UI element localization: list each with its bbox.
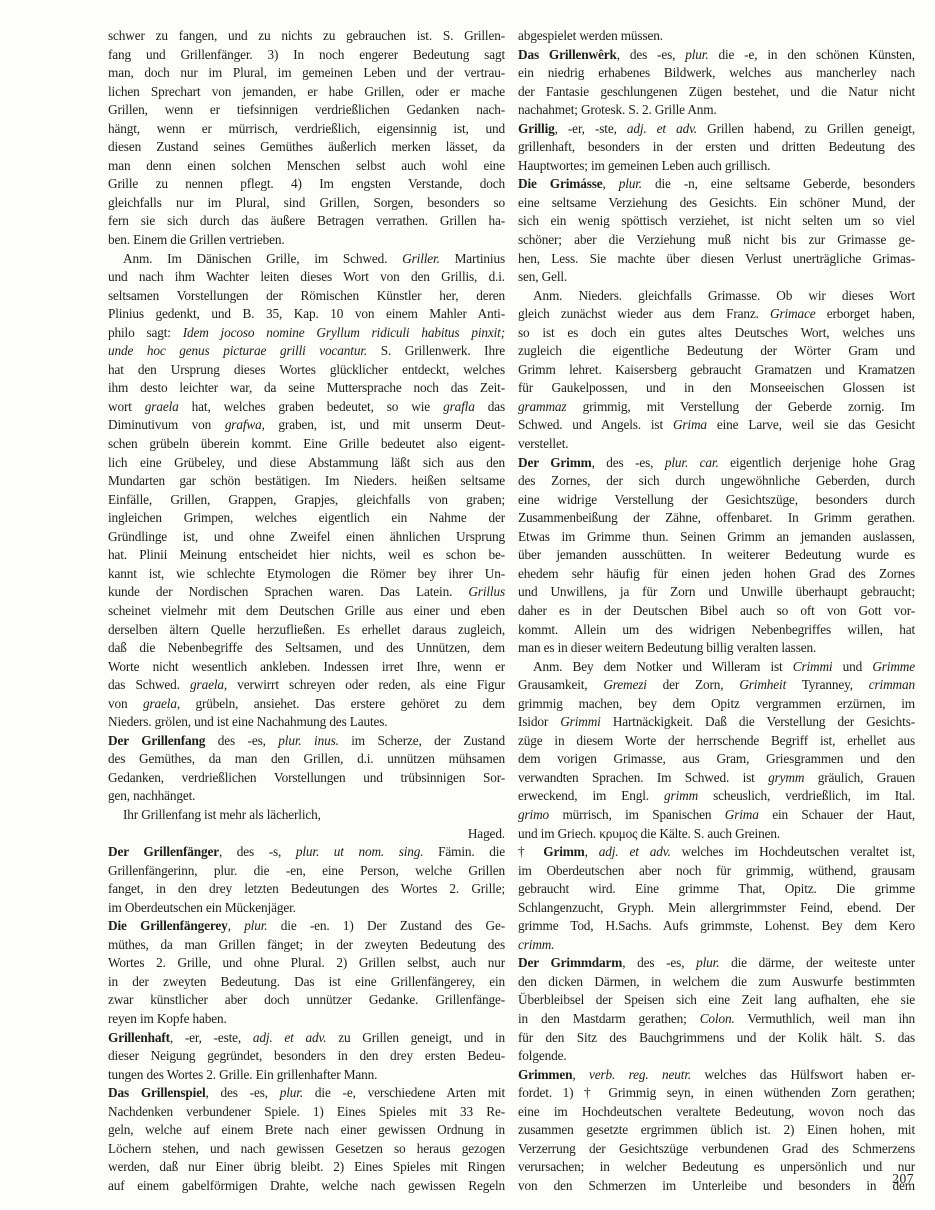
text-run: Hauptwortes; im gemeinen Leben auch gril… bbox=[518, 158, 770, 173]
text-run: eine im Hochdeutschen veraltete Bedeutun… bbox=[518, 1104, 915, 1119]
text-line: Das Grillenspiel, des -es, plur. die -e,… bbox=[108, 1084, 505, 1103]
text-line: zusammen gesetzte ergrimmen üblich ist. … bbox=[518, 1121, 915, 1140]
text-run: Gremezi bbox=[603, 677, 647, 692]
text-run: Schlangenzucht, Gryph. Mein allergrimmst… bbox=[518, 900, 915, 915]
text-run: und nach ihm Wachter leiten dieses Wort … bbox=[108, 269, 505, 284]
text-run: graela bbox=[145, 399, 179, 414]
text-run: den dicken Därmen, in welchem die zum Au… bbox=[518, 974, 915, 989]
text-run: grammaz bbox=[518, 399, 566, 414]
text-run: für den Sitz des Bauchgrimmens und der K… bbox=[518, 1030, 915, 1045]
text-run: die -n, eine seltsame Geberde, besonders bbox=[642, 176, 915, 191]
text-run: Martinius bbox=[440, 251, 505, 266]
text-line: ingleichen Grimpen, welches eigentlich e… bbox=[108, 509, 505, 528]
text-run: , des -es, bbox=[206, 1085, 280, 1100]
text-run: Grausamkeit, bbox=[518, 677, 603, 692]
text-line: ehedem sehr häufig für einen jeden hohen… bbox=[518, 565, 915, 584]
text-line: daß die Nebenbegriffe des Seltsamen, und… bbox=[108, 639, 505, 658]
text-line: Grille zu nennen pflegt. 4) Im engsten V… bbox=[108, 175, 505, 194]
text-line: Schwed. und Angels. ist Grima eine Larve… bbox=[518, 416, 915, 435]
text-run: Grimme bbox=[872, 659, 915, 674]
text-line: Worte nicht wesentlich ankleben. Indesse… bbox=[108, 658, 505, 677]
text-run: abgespielet werden müssen. bbox=[518, 28, 663, 43]
dictionary-page: schwer zu fangen, und zu nichts zu gebra… bbox=[0, 0, 935, 1210]
text-line: abgespielet werden müssen. bbox=[518, 27, 915, 46]
text-line: Zusammenbeißung der Zähne, offenbaret. I… bbox=[518, 509, 915, 528]
text-run: derselben ältern Quelle herzufließen. Es… bbox=[108, 622, 505, 637]
text-run: , bbox=[585, 844, 599, 859]
text-run: grymm bbox=[768, 770, 804, 785]
text-run: eine widrige Verstellung der Gesichtszüg… bbox=[518, 492, 915, 507]
text-run: Grillenfängerinn, plur. die -en, eine Pe… bbox=[108, 863, 505, 878]
text-run: gleichfalls nur im Plural, sind Grillen,… bbox=[108, 195, 505, 210]
text-run: grimmig machen, bey dem Opitz vergrammen… bbox=[518, 696, 915, 711]
text-run: man es in dieser weitern Bedeutung billi… bbox=[518, 640, 816, 655]
text-run: grillenhaft, besonders in der ersten und… bbox=[518, 139, 915, 154]
text-line: Grillenhaft, -er, -este, adj. et adv. zu… bbox=[108, 1029, 505, 1048]
text-run: Fämin. die bbox=[423, 844, 505, 859]
text-line: hat den Ursprung dieses Wortes glücklich… bbox=[108, 361, 505, 380]
text-run: die -e, verschiedene Arten mit bbox=[303, 1085, 505, 1100]
text-line: Etwas im Grimme thun. Seinen Grimm an je… bbox=[518, 528, 915, 547]
text-line: grimme Tod, H.Sachs. Aufs grimmste, Lohe… bbox=[518, 917, 915, 936]
text-run: Isidor bbox=[518, 714, 560, 729]
text-run: kunde der Nordischen Sprachen waren. Das… bbox=[108, 584, 468, 599]
text-line: Löchern stehen, und nach gewissen Gesetz… bbox=[108, 1140, 505, 1159]
text-run: geln, welche auf einem Brete nach einer … bbox=[108, 1122, 505, 1137]
text-run: graela, bbox=[190, 677, 227, 692]
text-run: verstellet. bbox=[518, 436, 568, 451]
text-line: fanget, in den drey letzten Bedeutungen … bbox=[108, 880, 505, 899]
text-line: folgende. bbox=[518, 1047, 915, 1066]
text-line: lichen Sprechart von jemanden, er habe G… bbox=[108, 83, 505, 102]
text-run: Grima bbox=[725, 807, 759, 822]
text-line: schen grübeln überein kommt. Eine Grille… bbox=[108, 435, 505, 454]
text-line: erweckend, im Engl. grimm scheuslich, ve… bbox=[518, 787, 915, 806]
text-run: † bbox=[518, 844, 543, 859]
text-line: für den Sitz des Bauchgrimmens und der K… bbox=[518, 1029, 915, 1048]
text-run: adj. et adv. bbox=[599, 844, 671, 859]
text-line: tungen des Wortes 2. Grille. Ein grillen… bbox=[108, 1066, 505, 1085]
text-line: Schlangenzucht, Gryph. Mein allergrimmst… bbox=[518, 899, 915, 918]
text-line: Der Grimm, des -es, plur. car. eigentlic… bbox=[518, 454, 915, 473]
text-line: reyen im Kopfe haben. bbox=[108, 1010, 505, 1029]
text-run: das Schwed. bbox=[108, 677, 190, 692]
text-line: sich ein wenig spöttisch verziehet, ist … bbox=[518, 212, 915, 231]
text-line: Mundarten gar schön bestätigen. Im Niede… bbox=[108, 472, 505, 491]
text-run: Worte nicht wesentlich ankleben. Indesse… bbox=[108, 659, 505, 674]
text-run: der Fantasie geschlungenen Zügen bestehe… bbox=[518, 84, 915, 99]
text-line: lich eine Grübeley, und diese Abstammung… bbox=[108, 454, 505, 473]
text-run: tungen des Wortes 2. Grille. Ein grillen… bbox=[108, 1067, 377, 1082]
text-line: fang und Grillenfänger. 3) In noch enger… bbox=[108, 46, 505, 65]
text-run: hat, welches graben bedeutet, so wie bbox=[179, 399, 443, 414]
text-run: wort bbox=[108, 399, 145, 414]
text-run: scheuslich, verdrießlich, im Ital. bbox=[698, 788, 915, 803]
text-run: folgende. bbox=[518, 1048, 567, 1063]
text-run: eine seltsame Verziehung des Gesichts. E… bbox=[518, 195, 915, 210]
text-line: hängt, wenn er mürrisch, verdrießlich, e… bbox=[108, 120, 505, 139]
text-run: daher es in der Deutschen Bibel auch so … bbox=[518, 603, 915, 618]
text-run: , des -es, bbox=[592, 455, 665, 470]
text-run: verb. reg. neutr. bbox=[589, 1067, 691, 1082]
text-run: Haged. bbox=[468, 826, 505, 841]
text-run: fang und Grillenfänger. 3) In noch enger… bbox=[108, 47, 505, 62]
text-run: hat den Ursprung dieses Wortes glücklich… bbox=[108, 362, 505, 377]
text-run: erweckend, im Engl. bbox=[518, 788, 664, 803]
text-run: gebraucht wird. Eine grimme That, Opitz.… bbox=[518, 881, 915, 896]
text-run: Überbleibsel der Speisen sich eine Zeit … bbox=[518, 992, 915, 1007]
text-run: kannt ist, wie schlechte Etymologen die … bbox=[108, 566, 505, 581]
text-run: , -er, -este, bbox=[170, 1030, 253, 1045]
text-run: hängt, wenn er mürrisch, verdrießlich, e… bbox=[108, 121, 505, 136]
text-run: , bbox=[228, 918, 245, 933]
text-run: welches das Hülfswort haben er- bbox=[691, 1067, 915, 1082]
text-run: Idem jocoso nomine Gryllum ridiculi habi… bbox=[183, 325, 505, 340]
text-line: † Grimm, adj. et adv. welches im Hochdeu… bbox=[518, 843, 915, 862]
text-run: dem vorigen Grimasse, aus Gram, Griesgra… bbox=[518, 751, 915, 766]
text-line: über jemanden ausschütten. In weiterer B… bbox=[518, 546, 915, 565]
text-line: kunde der Nordischen Sprachen waren. Das… bbox=[108, 583, 505, 602]
text-run: dieser Neigung gegründet, besonders in d… bbox=[108, 1048, 505, 1063]
text-line: Wortes 2. Grille, und ohne Plural. 2) Gr… bbox=[108, 954, 505, 973]
text-run: plur. bbox=[696, 955, 719, 970]
text-run: , des -es, bbox=[622, 955, 696, 970]
text-line: den dicken Därmen, in welchem die zum Au… bbox=[518, 973, 915, 992]
text-line: ben. Einem die Grillen vertrieben. bbox=[108, 231, 505, 250]
text-run: von den Schmerzen im Unterleibe und beso… bbox=[518, 1178, 915, 1193]
text-run: grimmig, mit Verstellung der Geberde zor… bbox=[566, 399, 915, 414]
text-run: graela, bbox=[143, 696, 180, 711]
text-line: Grimm lehret. Kaisersberg gebraucht Gram… bbox=[518, 361, 915, 380]
text-line: sen, Gell. bbox=[518, 268, 915, 287]
text-run: gräulich, Grauen bbox=[804, 770, 915, 785]
text-line: philo sagt: Idem jocoso nomine Gryllum r… bbox=[108, 324, 505, 343]
text-run: Etwas im Grimme thun. Seinen Grimm an je… bbox=[518, 529, 915, 544]
text-run: , des -s, bbox=[219, 844, 296, 859]
text-line: Diminutivum von grafwa, graben, ist, und… bbox=[108, 416, 505, 435]
text-run: Nieders. grölen, und ist eine Nachahmung… bbox=[108, 714, 387, 729]
text-run: Anm. Nieders. gleichfalls Grimasse. Ob w… bbox=[533, 288, 915, 303]
text-line: Die Grillenfängerey, plur. die -en. 1) D… bbox=[108, 917, 505, 936]
text-line: Der Grimmdarm, des -es, plur. die därme,… bbox=[518, 954, 915, 973]
headword: Die Grillenfängerey bbox=[108, 918, 228, 933]
text-line: grillenhaft, besonders in der ersten und… bbox=[518, 138, 915, 157]
text-line: hat. Plinii Meinung entscheidet hier nic… bbox=[108, 546, 505, 565]
text-line: der Fantasie geschlungenen Zügen bestehe… bbox=[518, 83, 915, 102]
text-line: man denn einen solchen Menschen selbst a… bbox=[108, 157, 505, 176]
text-line: eine widrige Verstellung der Gesichtszüg… bbox=[518, 491, 915, 510]
text-run: Tyranney, bbox=[786, 677, 869, 692]
text-line: nachahmet; Grotesk. S. 2. Grille Anm. bbox=[518, 101, 915, 120]
text-run: unde hoc genus picturae grilli vocantur. bbox=[108, 343, 367, 358]
text-run: zusammen gesetzte ergrimmen üblich ist. … bbox=[518, 1122, 915, 1137]
text-line: für Gaukelpossen, und in den Monseeische… bbox=[518, 379, 915, 398]
headword: Die Grimásse bbox=[518, 176, 603, 191]
text-line: Isidor Grimmi Hartnäckigkeit. Daß die Ve… bbox=[518, 713, 915, 732]
text-run: Schwed. und Angels. ist bbox=[518, 417, 673, 432]
text-run: , -er, -ste, bbox=[555, 121, 627, 136]
text-run: adj. et adv. bbox=[253, 1030, 327, 1045]
text-run: Hartnäckigkeit. Daß die Verstellung der … bbox=[601, 714, 915, 729]
text-line: Gründlinge ist, und ohne Zweifel einen ä… bbox=[108, 528, 505, 547]
text-run: Anm. Im Dänischen Grille, im Schwed. bbox=[123, 251, 402, 266]
headword: Grimmen bbox=[518, 1067, 572, 1082]
text-run: grimme Tod, H.Sachs. Aufs grimmste, Lohe… bbox=[518, 918, 915, 933]
text-run: , bbox=[572, 1067, 589, 1082]
text-run: sich ein wenig spöttisch verziehet, ist … bbox=[518, 213, 915, 228]
headword: Das Grillenspiel bbox=[108, 1085, 206, 1100]
text-line: Überbleibsel der Speisen sich eine Zeit … bbox=[518, 991, 915, 1010]
text-line: Grillen, wenn er tiefsinnigen verdrießli… bbox=[108, 101, 505, 120]
text-run: hat. Plinii Meinung entscheidet hier nic… bbox=[108, 547, 505, 562]
text-run: Grillen habend, zu Grillen geneigt, bbox=[697, 121, 915, 136]
text-run: Ihr Grillenfang ist mehr als lächerlich, bbox=[123, 807, 321, 822]
text-run: seltsamen Vorstellungen der Römischen Kü… bbox=[108, 288, 505, 303]
text-run: Wortes 2. Grille, und ohne Plural. 2) Gr… bbox=[108, 955, 505, 970]
text-run: Griller. bbox=[402, 251, 440, 266]
text-run: Grillus bbox=[468, 584, 505, 599]
text-run: ein Schauer der Haut, bbox=[759, 807, 915, 822]
text-line: Nieders. grölen, und ist eine Nachahmung… bbox=[108, 713, 505, 732]
text-run: plur. ut nom. sing. bbox=[296, 844, 424, 859]
text-run: crimman bbox=[869, 677, 915, 692]
text-run: ehedem sehr häufig für einen jeden hohen… bbox=[518, 566, 915, 581]
text-run: schwer zu fangen, und zu nichts zu gebra… bbox=[108, 28, 505, 43]
text-run: diesen Zustand seines Gemüthes äußerlich… bbox=[108, 139, 505, 154]
text-run: scheinet vielmehr mit dem Deutschen Gril… bbox=[108, 603, 505, 618]
text-run: Grimace bbox=[770, 306, 815, 321]
text-run: lich eine Grübeley, und diese Abstammung… bbox=[108, 455, 505, 470]
text-line: hen, Less. Sie machte über diesen Verlus… bbox=[518, 250, 915, 269]
text-line: crimm. bbox=[518, 936, 915, 955]
text-run: Diminutivum von bbox=[108, 417, 225, 432]
text-run: werden, daß nur Einer übrig bleibt. 2) E… bbox=[108, 1159, 505, 1174]
text-line: dem vorigen Grimasse, aus Gram, Griesgra… bbox=[518, 750, 915, 769]
text-line: Grimmen, verb. reg. neutr. welches das H… bbox=[518, 1066, 915, 1085]
text-run: Grimm lehret. Kaisersberg gebraucht Gram… bbox=[518, 362, 915, 377]
text-run: hen, Less. Sie machte über diesen Verlus… bbox=[518, 251, 915, 266]
text-line: grimo mürrisch, im Spanischen Grima ein … bbox=[518, 806, 915, 825]
text-run: im Scherze, der Zustand bbox=[339, 733, 505, 748]
text-run: daß die Nebenbegriffe des Seltsamen, und… bbox=[108, 640, 505, 655]
text-line: grammaz grimmig, mit Verstellung der Geb… bbox=[518, 398, 915, 417]
text-run: eigentlich derjenige hohe Grag bbox=[719, 455, 915, 470]
text-line: seltsamen Vorstellungen der Römischen Kü… bbox=[108, 287, 505, 306]
text-line: kannt ist, wie schlechte Etymologen die … bbox=[108, 565, 505, 584]
text-run: Nachdenken verbundener Spiele. 1) Eines … bbox=[108, 1104, 505, 1119]
text-run: grimm bbox=[664, 788, 698, 803]
text-run: mürrisch, im Spanischen bbox=[549, 807, 725, 822]
text-line: und im Griech. κρυμος die Kälte. S. auch… bbox=[518, 825, 915, 844]
text-run: Löchern stehen, und nach gewissen Gesetz… bbox=[108, 1141, 505, 1156]
text-run: für Gaukelpossen, und in den Monseeische… bbox=[518, 380, 915, 395]
text-run: plur. bbox=[280, 1085, 303, 1100]
text-line: diesen Zustand seines Gemüthes äußerlich… bbox=[108, 138, 505, 157]
text-run: fern sie sich durch das äußere Betragen … bbox=[108, 213, 505, 228]
text-run: ein niedrig erhabenes Bildwerk, welches … bbox=[518, 65, 915, 80]
text-run: , des -es, bbox=[617, 47, 686, 62]
text-line: schöner; aber die Verziehung muß nicht b… bbox=[518, 231, 915, 250]
text-line: Hauptwortes; im gemeinen Leben auch gril… bbox=[518, 157, 915, 176]
text-run: Einfälle, Grillen, Grappen, Grapjes, gle… bbox=[108, 492, 505, 507]
headword: Der Grillenfänger bbox=[108, 844, 219, 859]
text-run: grafla bbox=[443, 399, 475, 414]
text-run: Grima bbox=[673, 417, 707, 432]
text-line: scheinet vielmehr mit dem Deutschen Gril… bbox=[108, 602, 505, 621]
text-line: ihm desto leichter war, da seine Mutters… bbox=[108, 379, 505, 398]
text-line: Grausamkeit, Gremezi der Zorn, Grimheit … bbox=[518, 676, 915, 695]
text-run: Verzerrung der Gesichtszüge verbundenen … bbox=[518, 1141, 915, 1156]
text-run: Plinius gedenkt, und B. 35, Kap. 10 von … bbox=[108, 306, 505, 321]
text-line: Das Grillenwêrk, des -es, plur. die -e, … bbox=[518, 46, 915, 65]
headword: Das Grillenwêrk bbox=[518, 47, 617, 62]
text-line: in der zweyten Bedeutung. Das ist eine G… bbox=[108, 973, 505, 992]
text-run: Grimheit bbox=[739, 677, 786, 692]
text-line: daher es in der Deutschen Bibel auch so … bbox=[518, 602, 915, 621]
text-line: von den Schmerzen im Unterleibe und beso… bbox=[518, 1177, 915, 1196]
text-run: der Zorn, bbox=[647, 677, 740, 692]
text-run: Grille zu nennen pflegt. 4) Im engsten V… bbox=[108, 176, 505, 191]
text-run: plur. inus. bbox=[278, 733, 339, 748]
text-line: das Schwed. graela, verwirrt schreyen od… bbox=[108, 676, 505, 695]
text-line: unde hoc genus picturae grilli vocantur.… bbox=[108, 342, 505, 361]
text-line: gleichfalls nur im Plural, sind Grillen,… bbox=[108, 194, 505, 213]
text-run: sen, Gell. bbox=[518, 269, 567, 284]
text-run: auf einem gabelförmigen Drahte, welche n… bbox=[108, 1178, 505, 1193]
text-line: Anm. Nieders. gleichfalls Grimasse. Ob w… bbox=[518, 287, 915, 306]
text-line: Nachdenken verbundener Spiele. 1) Eines … bbox=[108, 1103, 505, 1122]
text-run: philo sagt: bbox=[108, 325, 183, 340]
text-run: plur. bbox=[685, 47, 708, 62]
text-line: in den Mastdarm gerathen; Colon. Vermuth… bbox=[518, 1010, 915, 1029]
text-run: des Gemüthes, da man den Grillen, d.i. u… bbox=[108, 751, 505, 766]
text-run: grübeln, ansiehet. Das erstere gehöret z… bbox=[180, 696, 505, 711]
text-run: und im Griech. κρυμος die Kälte. S. auch… bbox=[518, 826, 780, 841]
text-line: Anm. Im Dänischen Grille, im Schwed. Gri… bbox=[108, 250, 505, 269]
text-line: gebraucht wird. Eine grimme That, Opitz.… bbox=[518, 880, 915, 899]
text-run: im Oberdeutschen aber noch für grimmig, … bbox=[518, 863, 915, 878]
text-line: im Oberdeutschen aber noch für grimmig, … bbox=[518, 862, 915, 881]
text-run: die därme, der weiteste unter bbox=[719, 955, 915, 970]
text-line: und Unwillens, ja für Zorn und Unwille ü… bbox=[518, 583, 915, 602]
text-run: welches im Hochdeutschen veraltet ist, bbox=[671, 844, 915, 859]
text-run: zwar künstlicher aber doch unnützer Geda… bbox=[108, 992, 505, 1007]
text-run: Grillen, wenn er tiefsinnigen verdrießli… bbox=[108, 102, 505, 117]
text-line: kommt. Allein um des widrigen Nebenbegri… bbox=[518, 621, 915, 640]
text-line: Haged. bbox=[108, 825, 505, 844]
text-line: im Oberdeutschen ein Mückenjäger. bbox=[108, 899, 505, 918]
text-run: schöner; aber die Verziehung muß nicht b… bbox=[518, 232, 915, 247]
text-line: Ihr Grillenfang ist mehr als lächerlich, bbox=[108, 806, 505, 825]
text-run: , bbox=[603, 176, 619, 191]
text-line: ein niedrig erhabenes Bildwerk, welches … bbox=[518, 64, 915, 83]
text-line: Plinius gedenkt, und B. 35, Kap. 10 von … bbox=[108, 305, 505, 324]
text-run: die -e, in den schönen Künsten, bbox=[709, 47, 915, 62]
text-run: adj. et adv. bbox=[627, 121, 697, 136]
text-run: fanget, in den drey letzten Bedeutungen … bbox=[108, 881, 505, 896]
text-run: kommt. Allein um des widrigen Nebenbegri… bbox=[518, 622, 915, 637]
text-run: ihm desto leichter war, da seine Mutters… bbox=[108, 380, 505, 395]
text-run: Vermuthlich, weil man ihn bbox=[735, 1011, 915, 1026]
right-text-column: abgespielet werden müssen.Das Grillenwêr… bbox=[518, 27, 915, 1195]
text-run: erborget haben, bbox=[815, 306, 915, 321]
text-run: plur. bbox=[244, 918, 267, 933]
text-run: verwandten Sprachen. Im Schwed. ist bbox=[518, 770, 768, 785]
text-line: verursachen; in welcher Bedeutung es unp… bbox=[518, 1158, 915, 1177]
text-line: zwar künstlicher aber doch unnützer Geda… bbox=[108, 991, 505, 1010]
text-run: Anm. Bey dem Notker und Willeram ist bbox=[533, 659, 793, 674]
text-run: Gedanken, verdrießlichen Vorstellungen u… bbox=[108, 770, 505, 785]
text-run: gen, nachhänget. bbox=[108, 788, 195, 803]
text-run: fordet. 1) † Grimmig seyn, in einen wüth… bbox=[518, 1085, 915, 1100]
text-run: man denn einen solchen Menschen selbst a… bbox=[108, 158, 505, 173]
headword: Grillig bbox=[518, 121, 555, 136]
headword: Der Grimm bbox=[518, 455, 592, 470]
page-number: 207 bbox=[892, 1171, 914, 1187]
headword: Grillenhaft bbox=[108, 1030, 170, 1045]
text-run: ingleichen Grimpen, welches eigentlich e… bbox=[108, 510, 505, 525]
text-line: Verzerrung der Gesichtszüge verbundenen … bbox=[518, 1140, 915, 1159]
text-run: schen grübeln überein kommt. Eine Grille… bbox=[108, 436, 505, 451]
text-run: müthes, da man Grillen fänget; in der zw… bbox=[108, 937, 505, 952]
text-line: wort graela hat, welches graben bedeutet… bbox=[108, 398, 505, 417]
text-line: schwer zu fangen, und zu nichts zu gebra… bbox=[108, 27, 505, 46]
text-run: S. Grillenwerk. Ihre bbox=[367, 343, 505, 358]
text-line: von graela, grübeln, ansiehet. Das erste… bbox=[108, 695, 505, 714]
headword: Der Grillenfang bbox=[108, 733, 205, 748]
text-line: verstellet. bbox=[518, 435, 915, 454]
text-run: verursachen; in welcher Bedeutung es unp… bbox=[518, 1159, 915, 1174]
headword: Der Grimmdarm bbox=[518, 955, 622, 970]
text-run: graben, ist, und mit unserm Deut- bbox=[265, 417, 505, 432]
text-run: des -es, bbox=[205, 733, 278, 748]
text-run: in den Mastdarm gerathen; bbox=[518, 1011, 700, 1026]
text-run: eine Larve, weil sie das Gesicht bbox=[707, 417, 915, 432]
text-line: Einfälle, Grillen, Grappen, Grapjes, gle… bbox=[108, 491, 505, 510]
text-line: gen, nachhänget. bbox=[108, 787, 505, 806]
text-line: auf einem gabelförmigen Drahte, welche n… bbox=[108, 1177, 505, 1196]
text-run: Mundarten gar schön bestätigen. Im Niede… bbox=[108, 473, 505, 488]
text-line: man, doch nur im Plural, im gemeinen Leb… bbox=[108, 64, 505, 83]
text-run: reyen im Kopfe haben. bbox=[108, 1011, 227, 1026]
text-line: Grillenfängerinn, plur. die -en, eine Pe… bbox=[108, 862, 505, 881]
text-run: in der zweyten Bedeutung. Das ist eine G… bbox=[108, 974, 505, 989]
text-line: grimmig machen, bey dem Opitz vergrammen… bbox=[518, 695, 915, 714]
text-run: grimo bbox=[518, 807, 549, 822]
text-run: und bbox=[832, 659, 872, 674]
text-line: geln, welche auf einem Brete nach einer … bbox=[108, 1121, 505, 1140]
text-run: zugleich die eigentliche Bedeutung der W… bbox=[518, 343, 915, 358]
text-run: des Zornes, der sich durch ungewöhnliche… bbox=[518, 473, 915, 488]
text-run: plur. car. bbox=[665, 455, 719, 470]
headword: Grimm bbox=[543, 844, 584, 859]
text-line: derselben ältern Quelle herzufließen. Es… bbox=[108, 621, 505, 640]
text-line: Die Grimásse, plur. die -n, eine seltsam… bbox=[518, 175, 915, 194]
text-line: Grillig, -er, -ste, adj. et adv. Grillen… bbox=[518, 120, 915, 139]
text-run: von bbox=[108, 696, 143, 711]
text-run: plur. bbox=[619, 176, 642, 191]
text-run: grafwa, bbox=[225, 417, 265, 432]
text-line: müthes, da man Grillen fänget; in der zw… bbox=[108, 936, 505, 955]
text-line: fern sie sich durch das äußere Betragen … bbox=[108, 212, 505, 231]
text-run: crimm. bbox=[518, 937, 554, 952]
text-run: über jemanden ausschütten. In weiterer B… bbox=[518, 547, 915, 562]
text-line: und nach ihm Wachter leiten dieses Wort … bbox=[108, 268, 505, 287]
text-line: des Gemüthes, da man den Grillen, d.i. u… bbox=[108, 750, 505, 769]
text-line: eine seltsame Verziehung des Gesichts. E… bbox=[518, 194, 915, 213]
left-text-column: schwer zu fangen, und zu nichts zu gebra… bbox=[108, 27, 505, 1195]
text-run: gleich zunächst wieder aus dem Franz. bbox=[518, 306, 770, 321]
